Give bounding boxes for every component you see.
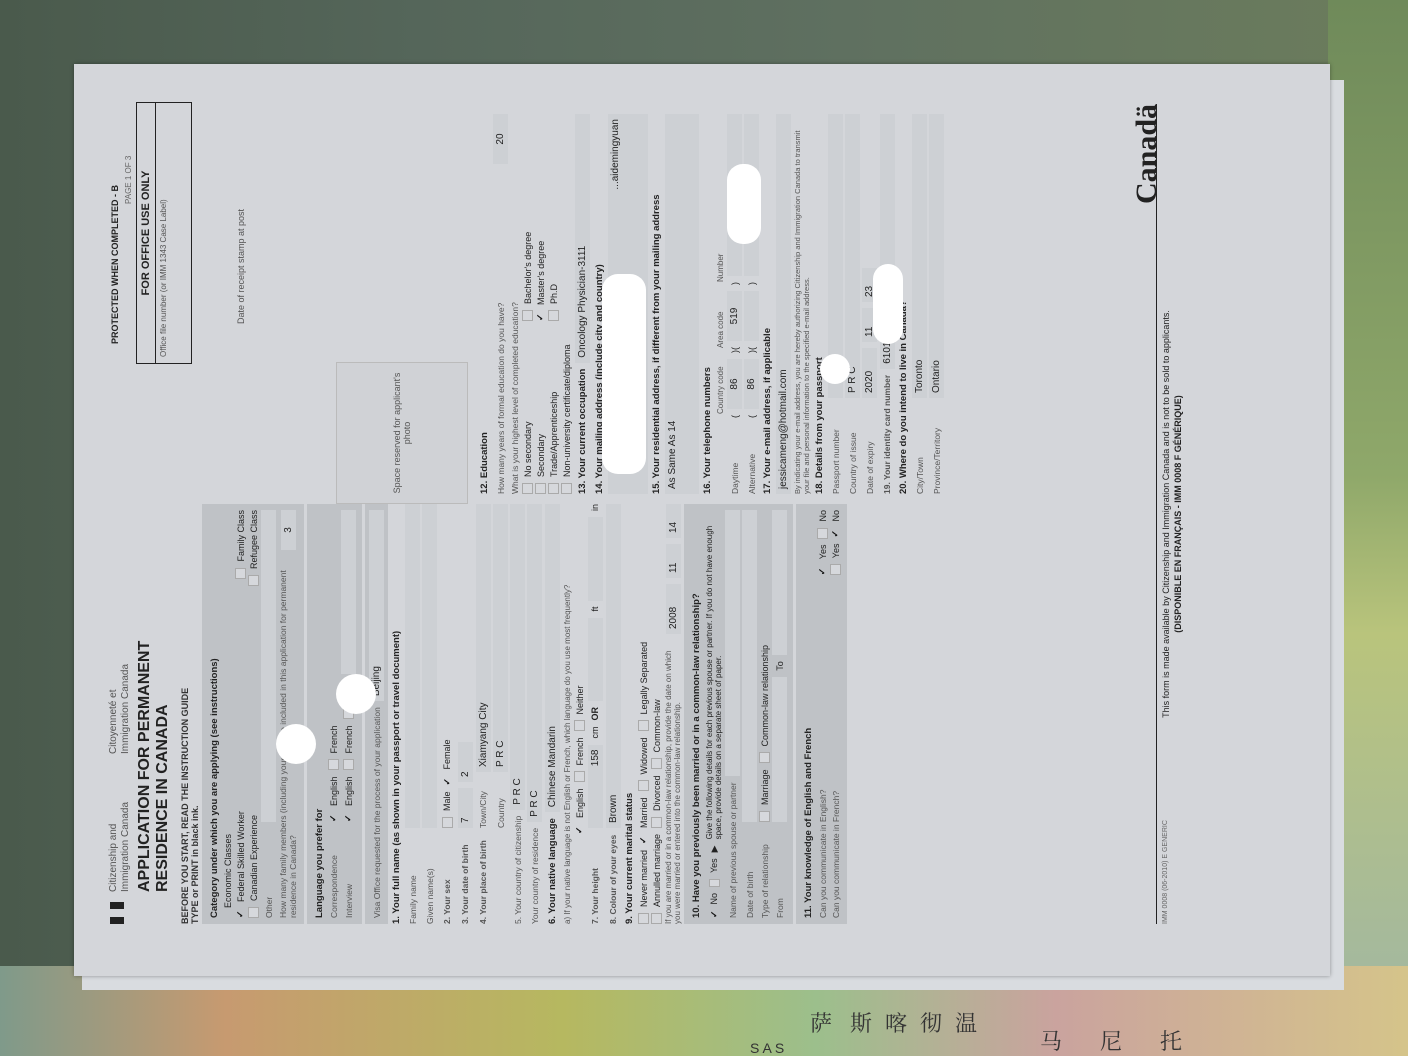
canada-flag-icon [110,902,124,924]
native-language-field[interactable]: 6. Your native languageChinese Mandarin [544,504,561,924]
form-code: IMM 0008 (06-2010) E GENERIC [1162,820,1169,924]
checkbox[interactable] [343,759,354,770]
marital-status-options[interactable]: Never married✓MarriedWidowedLegally Sepa… [638,504,649,924]
instructions-notice: BEFORE YOU START, READ THE INSTRUCTION G… [180,688,200,924]
previous-marriage-section: 10. Have you previously been married or … [684,504,793,924]
map-label: 托 [1160,1025,1182,1056]
checkbox[interactable] [248,575,259,586]
mailing-address-field[interactable]: ...aidemingyuan [608,114,648,494]
checkbox[interactable] [248,907,259,918]
right-column: 12. Education How many years of formal e… [476,114,946,494]
redaction [820,354,850,384]
left-column: Category under which you are applying (s… [202,504,850,924]
department-fr: Citoyenneté etImmigration Canada [108,664,132,754]
residential-address-field[interactable]: As Same As 14 [665,114,699,494]
category-section: Category under which you are applying (s… [202,504,304,924]
checkbox [442,817,453,828]
map-label: 萨 [810,1007,832,1038]
redaction [336,674,376,714]
redaction [873,264,903,344]
passport-number-field[interactable]: Passport number [828,114,843,494]
language-section: Language you prefer for Correspondence✓E… [307,504,362,924]
marriage-date-field[interactable]: If you are married or in a common-law re… [664,504,682,924]
height-field[interactable]: 7. Your height158cmORftin [587,504,603,924]
province-field[interactable]: Province/TerritoryOntario [929,114,944,494]
email-field[interactable]: jessicameng@hotmail.com [776,114,791,494]
checkmark-icon: ✓ [328,812,339,822]
photo-space: Space reserved for applicant's photo [336,362,468,504]
city-field[interactable]: City/TownToronto [912,114,927,494]
checkbox [574,771,585,782]
date-stamp-label: Date of receipt stamp at post [236,209,246,324]
canada-wordmark: Canadä [1130,104,1164,204]
citizenship-field[interactable]: 5. Your country of citizenshipP R C [510,504,525,924]
checkmark-icon: ✓ [830,528,841,538]
checkmark-icon: ✓ [574,824,585,834]
map-label: 彻 [920,1007,942,1038]
page-indicator: PAGE 1 OF 3 [124,156,133,204]
redaction [276,724,316,764]
checkmark-icon: ✓ [817,565,828,575]
visa-office-field[interactable]: Visa Office requested for the process of… [365,504,388,924]
residence-field[interactable]: Your country of residenceP R C [527,504,542,924]
family-name-field[interactable]: Family name [405,504,420,924]
eye-colour-field[interactable]: 8. Colour of your eyesBrown [605,504,621,924]
category-option[interactable]: ✓Federal Skilled WorkerFamily Class [235,510,246,918]
form-footer: This form is made available by Citizensh… [1156,104,1183,924]
form-page: Citizenship andImmigration Canada Citoye… [74,64,1330,976]
category-other[interactable]: Other [261,510,276,918]
occupation-field[interactable]: 13. Your current occupationOncology Phys… [574,114,591,494]
education-years-field[interactable]: How many years of formal education do yo… [493,114,508,494]
category-option[interactable]: Canadian ExperienceRefugee Class [248,510,259,918]
checkbox[interactable] [328,759,339,770]
checkmark-icon: ✓ [709,910,720,918]
passport-country-field[interactable]: Country of issueP R C [845,114,860,494]
redaction [602,274,646,474]
map-label: 温 [955,1007,977,1038]
given-name-field[interactable]: Given name(s) [422,504,437,924]
checkmark-icon: ✓ [343,812,354,822]
form-title: APPLICATION FOR PERMANENTRESIDENCE IN CA… [136,641,172,892]
daytime-phone-field[interactable]: Daytime(86)(519) [727,114,742,494]
checkmark-icon: ✓ [638,834,649,844]
sex-field[interactable]: 2. Your sexMale✓Female [439,504,455,924]
birthplace-field[interactable]: 4. Your place of birthTown/CityXiamyang … [475,504,491,924]
dob-field[interactable]: 3. Your date of birth72 [457,504,473,924]
map-label: S A S [750,1040,784,1056]
map-label: 喀 [885,1007,907,1038]
checkmark-icon: ✓ [535,311,546,321]
office-use-box: FOR OFFICE USE ONLY Office file number (… [136,102,192,364]
map-label: 马 [1040,1025,1062,1056]
language-knowledge-section: 11. Your knowledge of English and French… [796,504,847,924]
map-label: 斯 [850,1007,872,1038]
form-header: Citizenship andImmigration Canada Citoye… [96,84,216,964]
q1-label: 1. Your full name (as shown in your pass… [391,504,402,924]
checkbox[interactable] [235,568,246,579]
redaction [727,164,761,244]
checkbox [574,720,585,731]
family-members-field[interactable]: How many family members (including yours… [278,510,298,918]
checkmark-icon: ✓ [235,908,246,918]
application-form: Citizenship andImmigration Canada Citoye… [96,84,1216,964]
protected-label: PROTECTED WHEN COMPLETED - B [110,185,120,344]
language-frequency[interactable]: ✓EnglishFrenchNeither [574,504,585,834]
arrow-right-icon: ▶ [709,845,720,852]
department-en: Citizenship andImmigration Canada [108,802,132,892]
map-label: 尼 [1100,1025,1122,1056]
identity-card-field[interactable]: 19. Your identity card number6101 [879,114,895,494]
checkmark-icon: ✓ [442,775,453,785]
